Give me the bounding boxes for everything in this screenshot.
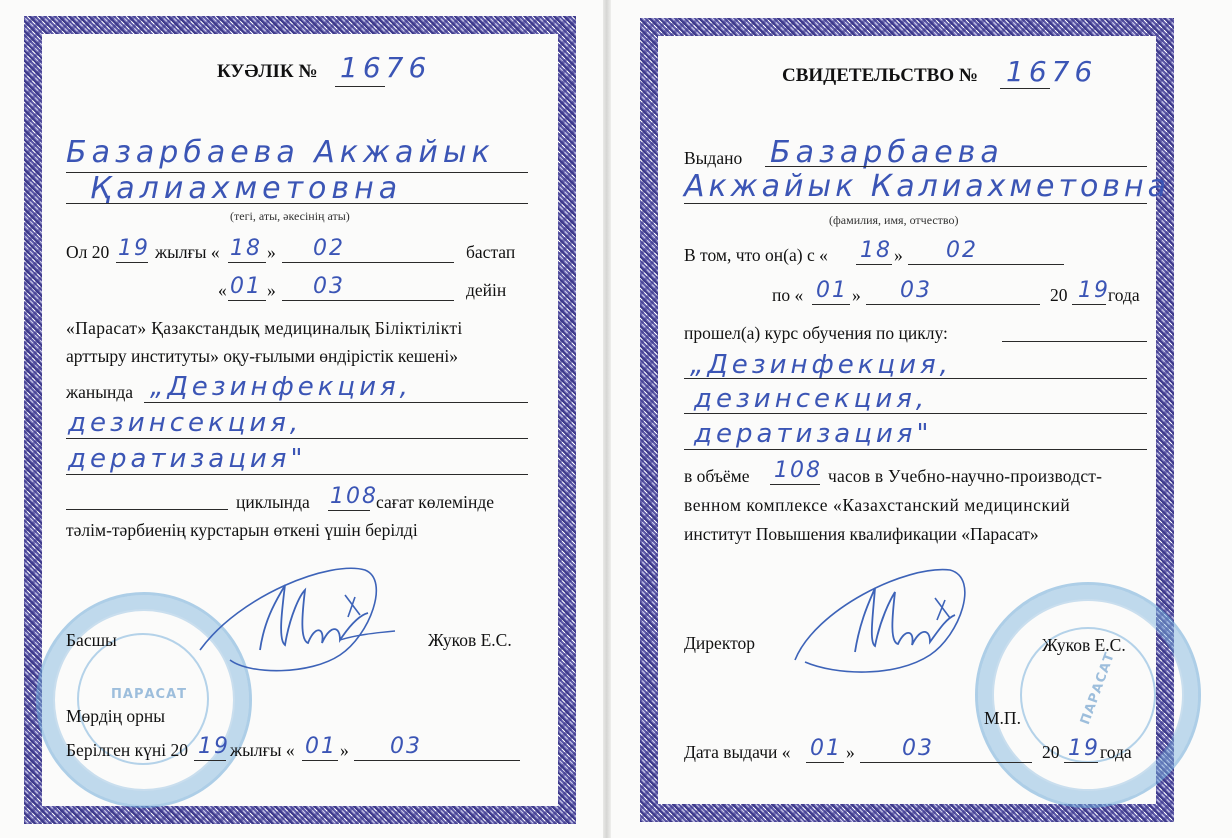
year-suffix: года [1100, 744, 1132, 762]
full-name-line2-ru: Акжайык Калиахметовна [684, 172, 1170, 202]
right-page-content: СВИДЕТЕЛЬСТВО № 1676 Выдано Базарбаева А… [0, 0, 1232, 838]
underline [1072, 304, 1106, 305]
underline [684, 449, 1147, 450]
from-month-ru: 02 [946, 240, 978, 262]
volume-suffix-ru: часов в Учебно-научно-производст- [828, 468, 1102, 486]
underline [856, 264, 892, 265]
director-label-ru: Директор [684, 635, 755, 653]
underline [684, 378, 1147, 379]
number-underline [1000, 88, 1050, 89]
name-underline [684, 203, 1147, 204]
signature-right [775, 560, 985, 680]
course-label-ru: прошел(а) курс обучения по циклу: [684, 325, 948, 343]
quote-close: » [894, 247, 903, 265]
underline [812, 304, 850, 305]
from-prefix-ru: В том, что он(а) с « [684, 247, 828, 265]
underline [866, 304, 1040, 305]
issue-month-ru: 03 [902, 738, 934, 760]
course-name-line1-ru: „Дезинфекция, [690, 352, 952, 378]
issued-to-label: Выдано [684, 150, 742, 168]
complex-line1-ru: венном комплексе «Казахстанский медицинс… [684, 497, 1070, 515]
complex-line2-ru: институт Повышения квалификации «Парасат… [684, 526, 1039, 544]
underline [1064, 762, 1098, 763]
to-day-ru: 01 [816, 280, 848, 302]
hours-ru: 108 [774, 460, 822, 482]
issue-prefix-ru: Дата выдачи « [684, 744, 791, 762]
name-caption-ru: (фамилия, имя, отчество) [829, 214, 958, 226]
underline [860, 762, 1032, 763]
underline [806, 762, 844, 763]
certificate-number-ru: 1676 [1006, 58, 1097, 86]
course-name-line3-ru: дератизация" [694, 421, 932, 447]
underline [770, 484, 820, 485]
underline [684, 413, 1147, 414]
quote-close: » [852, 287, 861, 305]
to-month-ru: 03 [900, 280, 932, 302]
underline [908, 264, 1064, 265]
year-suffix: года [1108, 287, 1140, 305]
seal-label-ru: М.П. [984, 710, 1021, 728]
course-name-line2-ru: дезинсекция, [694, 386, 928, 412]
director-name-ru: Жуков Е.С. [1042, 637, 1126, 655]
official-stamp-right: ПАРАСАТ [975, 582, 1201, 808]
issue-year-ru: 19 [1068, 738, 1100, 760]
underline [1002, 341, 1147, 342]
to-prefix-ru: по « [772, 287, 803, 305]
quote-close: » [846, 744, 855, 762]
full-name-line1-ru: Базарбаева [770, 138, 1004, 168]
year-prefix: 20 [1042, 744, 1060, 762]
year-prefix: 20 [1050, 287, 1068, 305]
from-day-ru: 18 [860, 240, 892, 262]
to-year-ru: 19 [1078, 280, 1110, 302]
certificate-title-ru: СВИДЕТЕЛЬСТВО № [782, 66, 978, 85]
issue-day-ru: 01 [810, 738, 842, 760]
volume-prefix-ru: в объёме [684, 468, 750, 486]
name-underline [765, 166, 1147, 167]
